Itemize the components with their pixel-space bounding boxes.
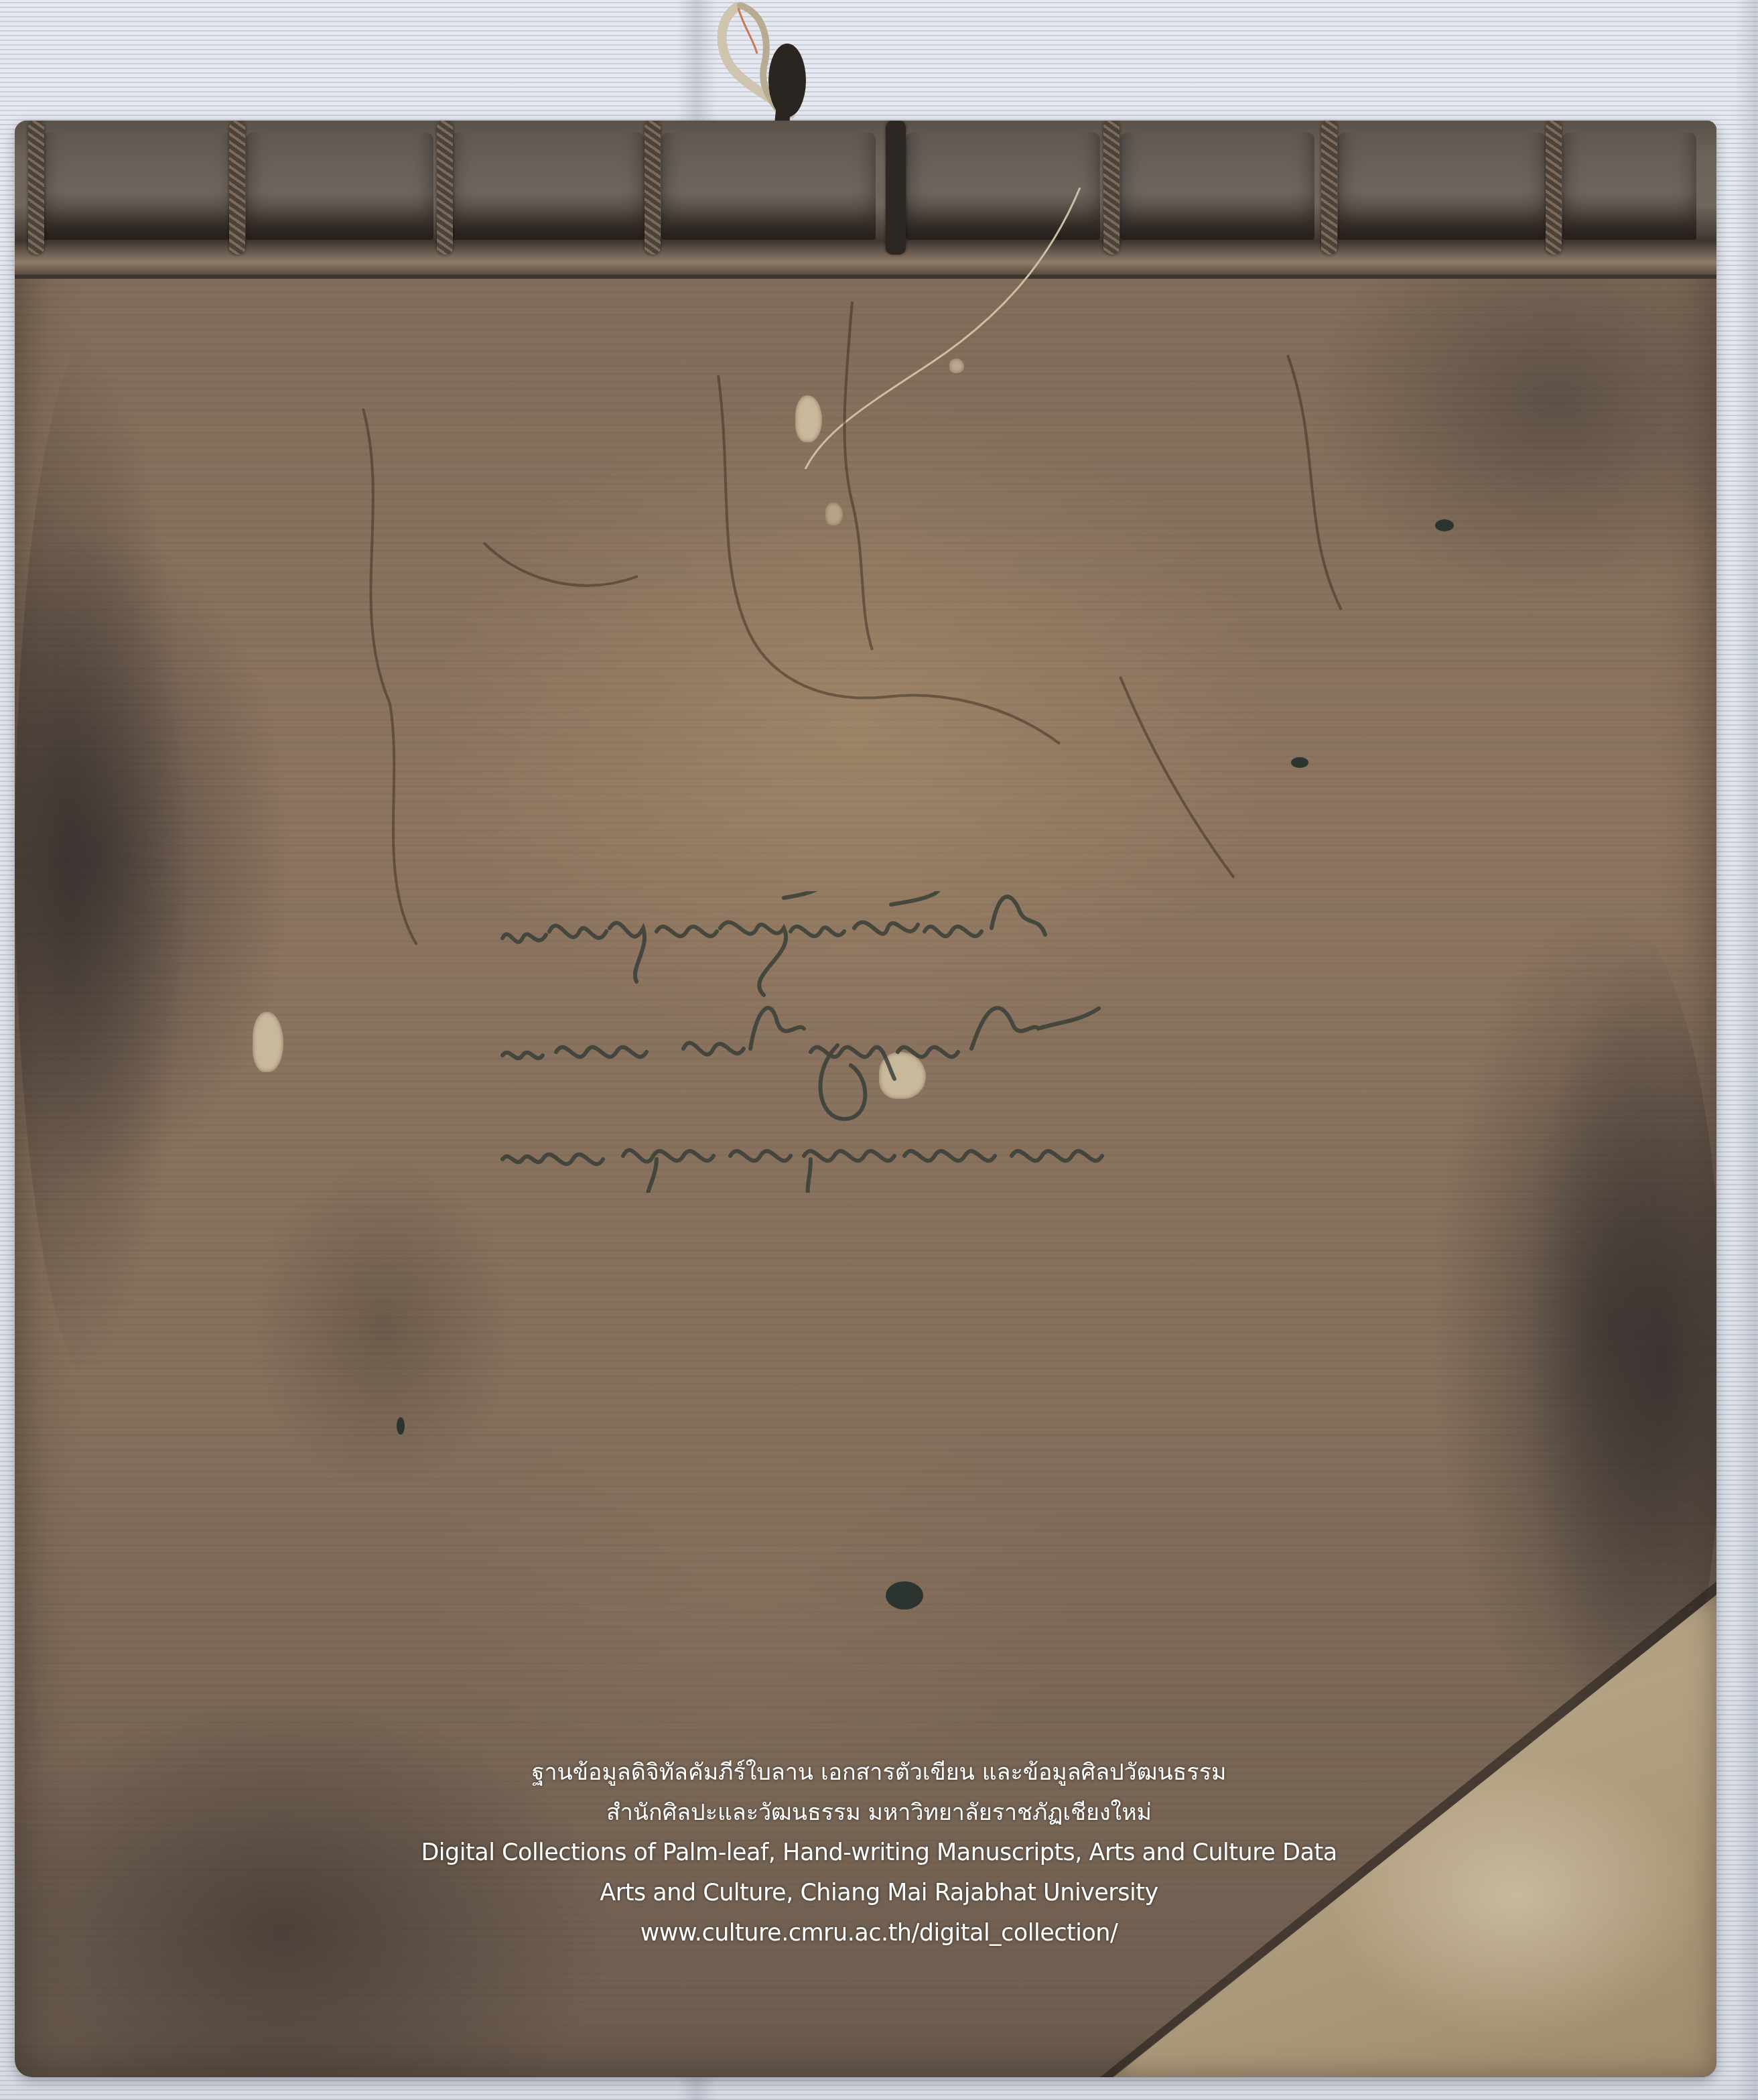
hanging-loop-icon bbox=[690, 0, 824, 141]
stain bbox=[249, 1159, 517, 1494]
ink-blot bbox=[886, 1581, 923, 1610]
watermark-english-institution: Arts and Culture, Chiang Mai Rajabhat Un… bbox=[0, 1873, 1758, 1913]
handwritten-inscription bbox=[489, 891, 1260, 1193]
binding-panel bbox=[42, 133, 236, 240]
binding-panel bbox=[1120, 133, 1314, 240]
paper-hole bbox=[253, 1012, 283, 1072]
paper-hole bbox=[825, 503, 843, 525]
ink-blot bbox=[1435, 519, 1454, 531]
paper-hole bbox=[795, 395, 822, 442]
binding-cord bbox=[1103, 121, 1120, 255]
collection-watermark: ฐานข้อมูลดิจิทัลคัมภีร์ใบลาน เอกสารตัวเข… bbox=[0, 1752, 1758, 1953]
binding-panel bbox=[450, 133, 645, 240]
watermark-url: www.culture.cmru.ac.th/digital_collectio… bbox=[0, 1913, 1758, 1953]
binding-cord bbox=[1546, 121, 1562, 255]
watermark-english-database-title: Digital Collections of Palm-leaf, Hand-w… bbox=[0, 1833, 1758, 1873]
watermark-thai-institution: สำนักศิลปะและวัฒนธรรม มหาวิทยาลัยราชภัฏเ… bbox=[0, 1792, 1758, 1833]
ink-blot bbox=[1291, 757, 1308, 768]
binding-panel bbox=[246, 133, 433, 240]
watermark-thai-database-title: ฐานข้อมูลดิจิทัลคัมภีร์ใบลาน เอกสารตัวเข… bbox=[0, 1752, 1758, 1792]
binding-cord bbox=[229, 121, 245, 255]
ink-blot bbox=[397, 1417, 405, 1435]
binding-cord bbox=[28, 121, 44, 255]
binding-panel bbox=[1338, 133, 1546, 240]
binding-cord bbox=[437, 121, 453, 255]
paper-hole bbox=[949, 358, 964, 373]
binding-cord bbox=[1321, 121, 1337, 255]
binding-panel bbox=[1562, 133, 1696, 240]
